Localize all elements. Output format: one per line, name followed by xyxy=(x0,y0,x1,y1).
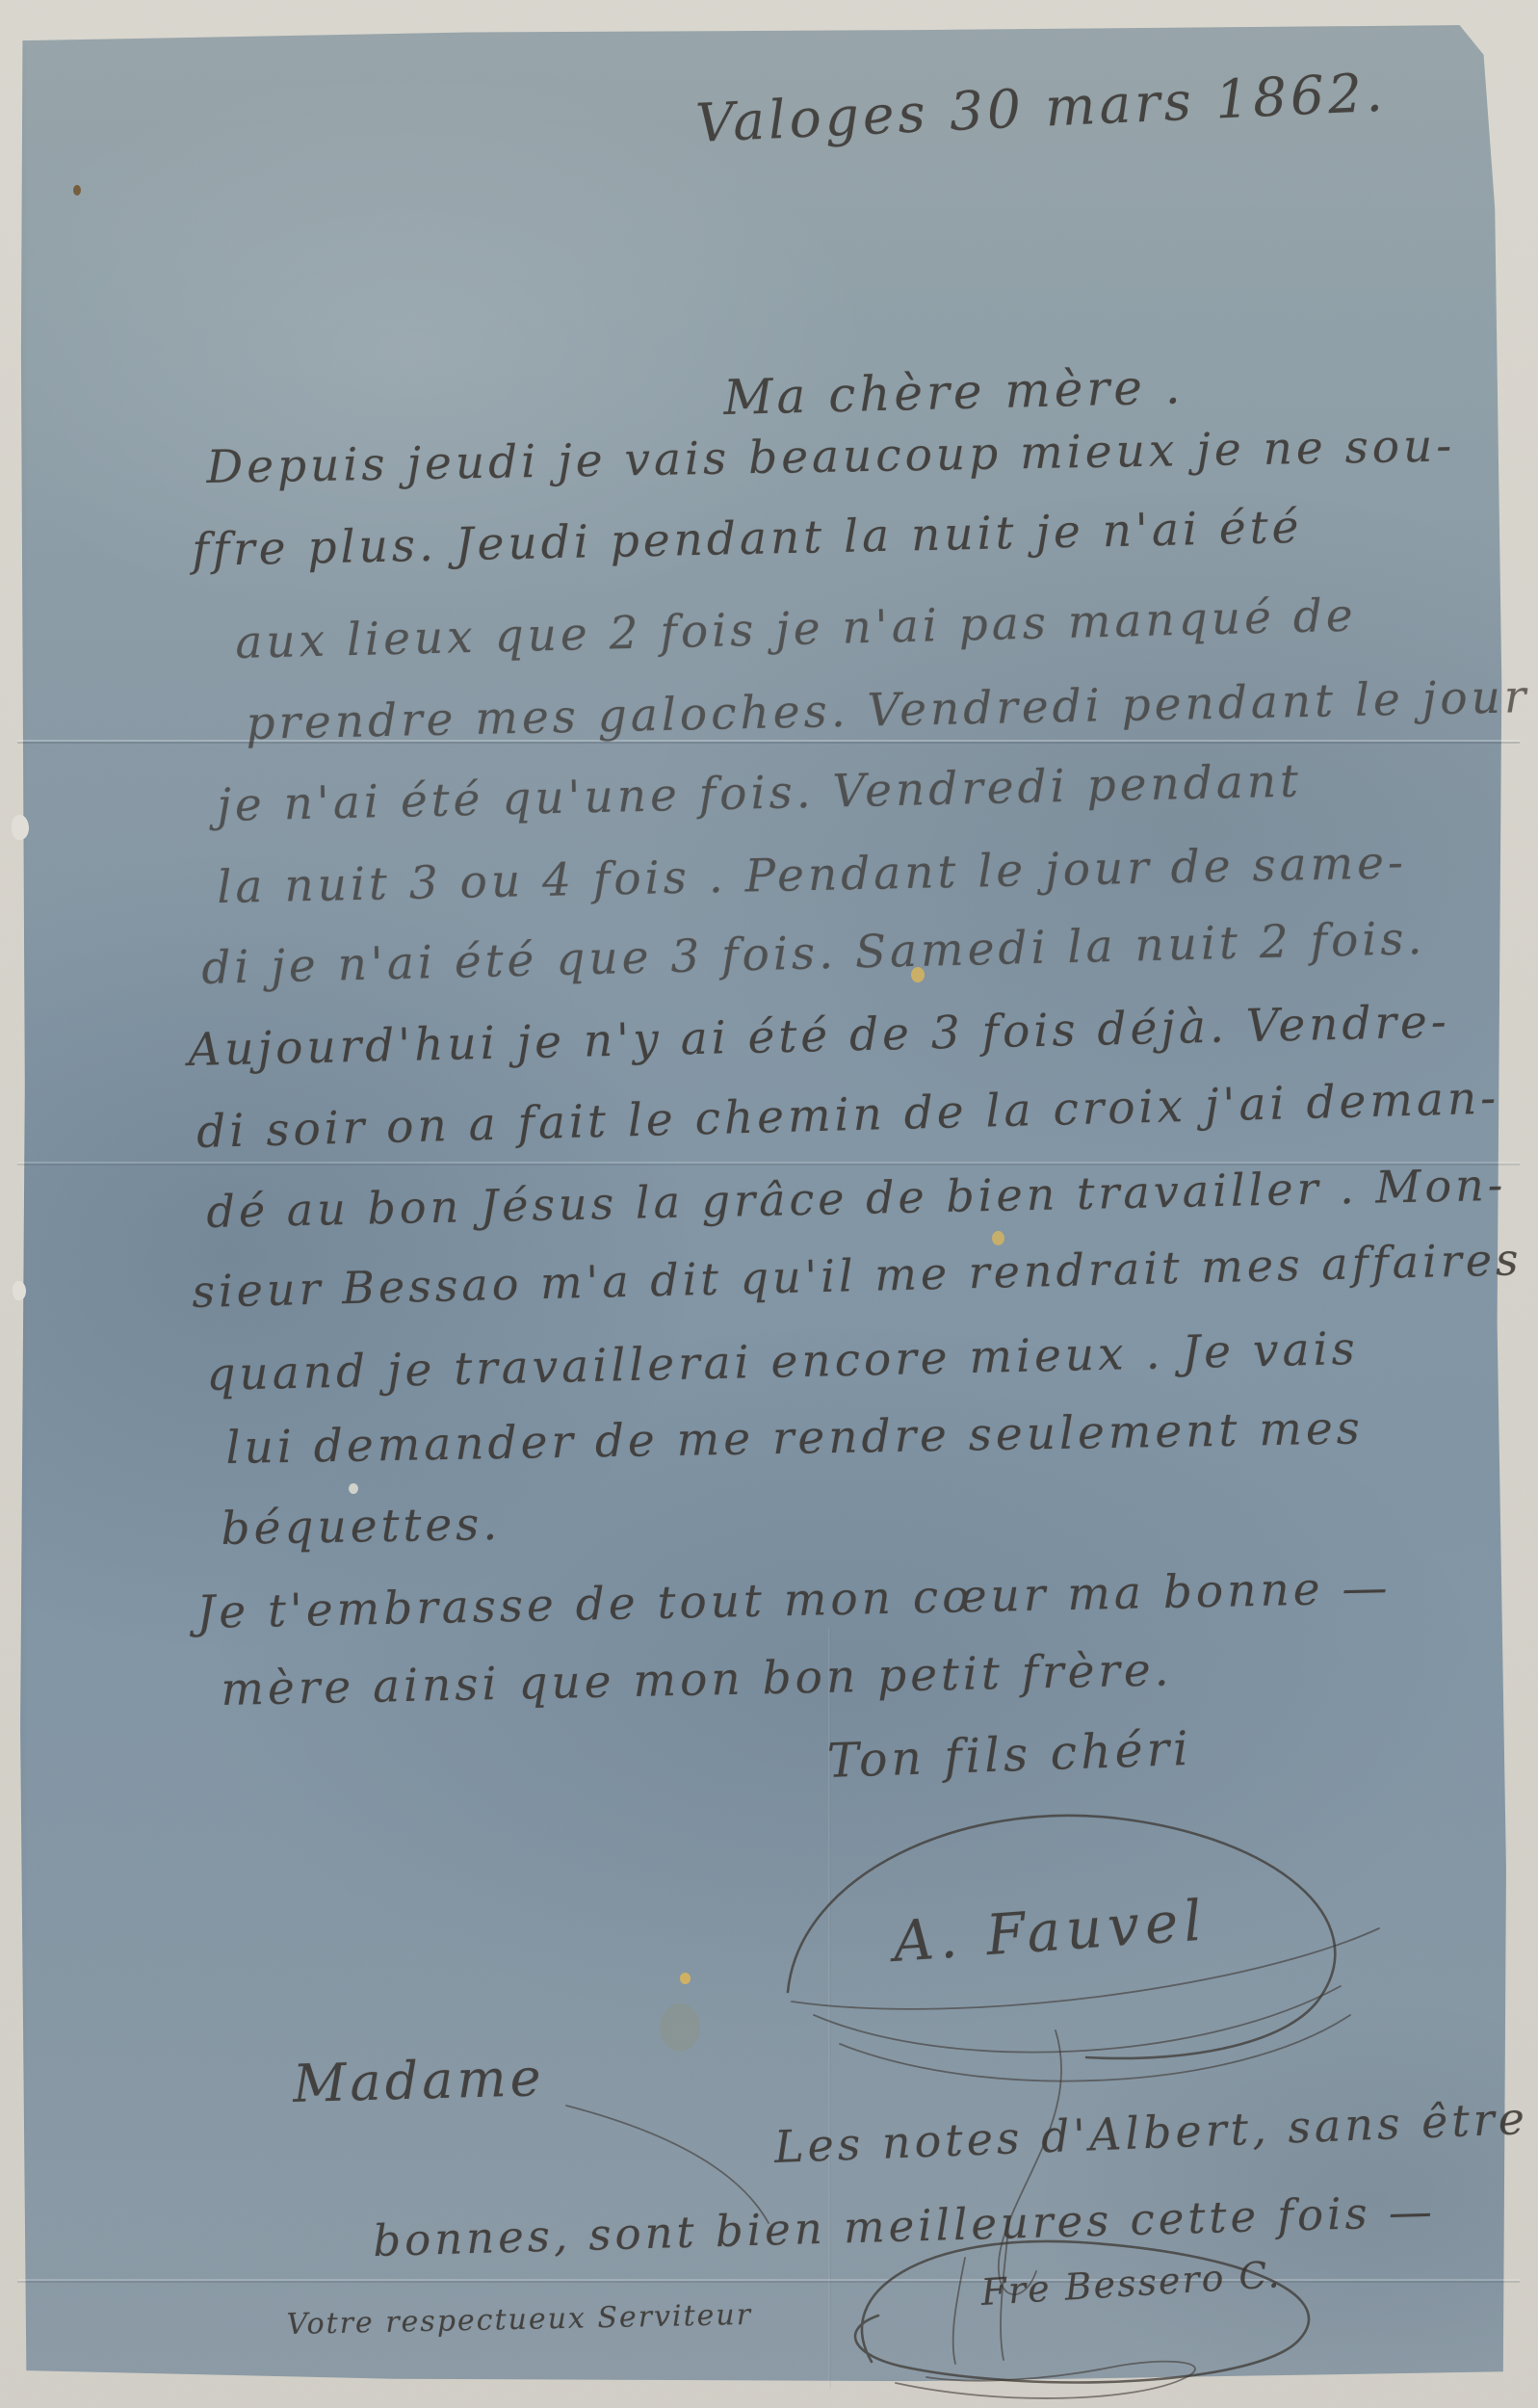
scanned-letter-page: Valoges 30 mars 1862. Ma chère mère . De… xyxy=(0,0,1538,2408)
fold-crease-horizontal xyxy=(17,740,1520,744)
paper-edge-chip xyxy=(12,815,29,840)
paper-edge-chip xyxy=(13,1281,26,1300)
ink-fleck xyxy=(73,185,81,196)
stain-spot xyxy=(680,1973,691,1984)
fold-crease-horizontal xyxy=(17,2279,1520,2283)
stain-spot xyxy=(992,1231,1004,1245)
body-line: béquettes. xyxy=(221,1498,502,1556)
stain-spot xyxy=(349,1483,358,1494)
stain-smudge xyxy=(660,2003,700,2052)
postscript-addressee: Madame xyxy=(292,2047,545,2114)
salutation-line: Ma chère mère . xyxy=(723,358,1186,426)
